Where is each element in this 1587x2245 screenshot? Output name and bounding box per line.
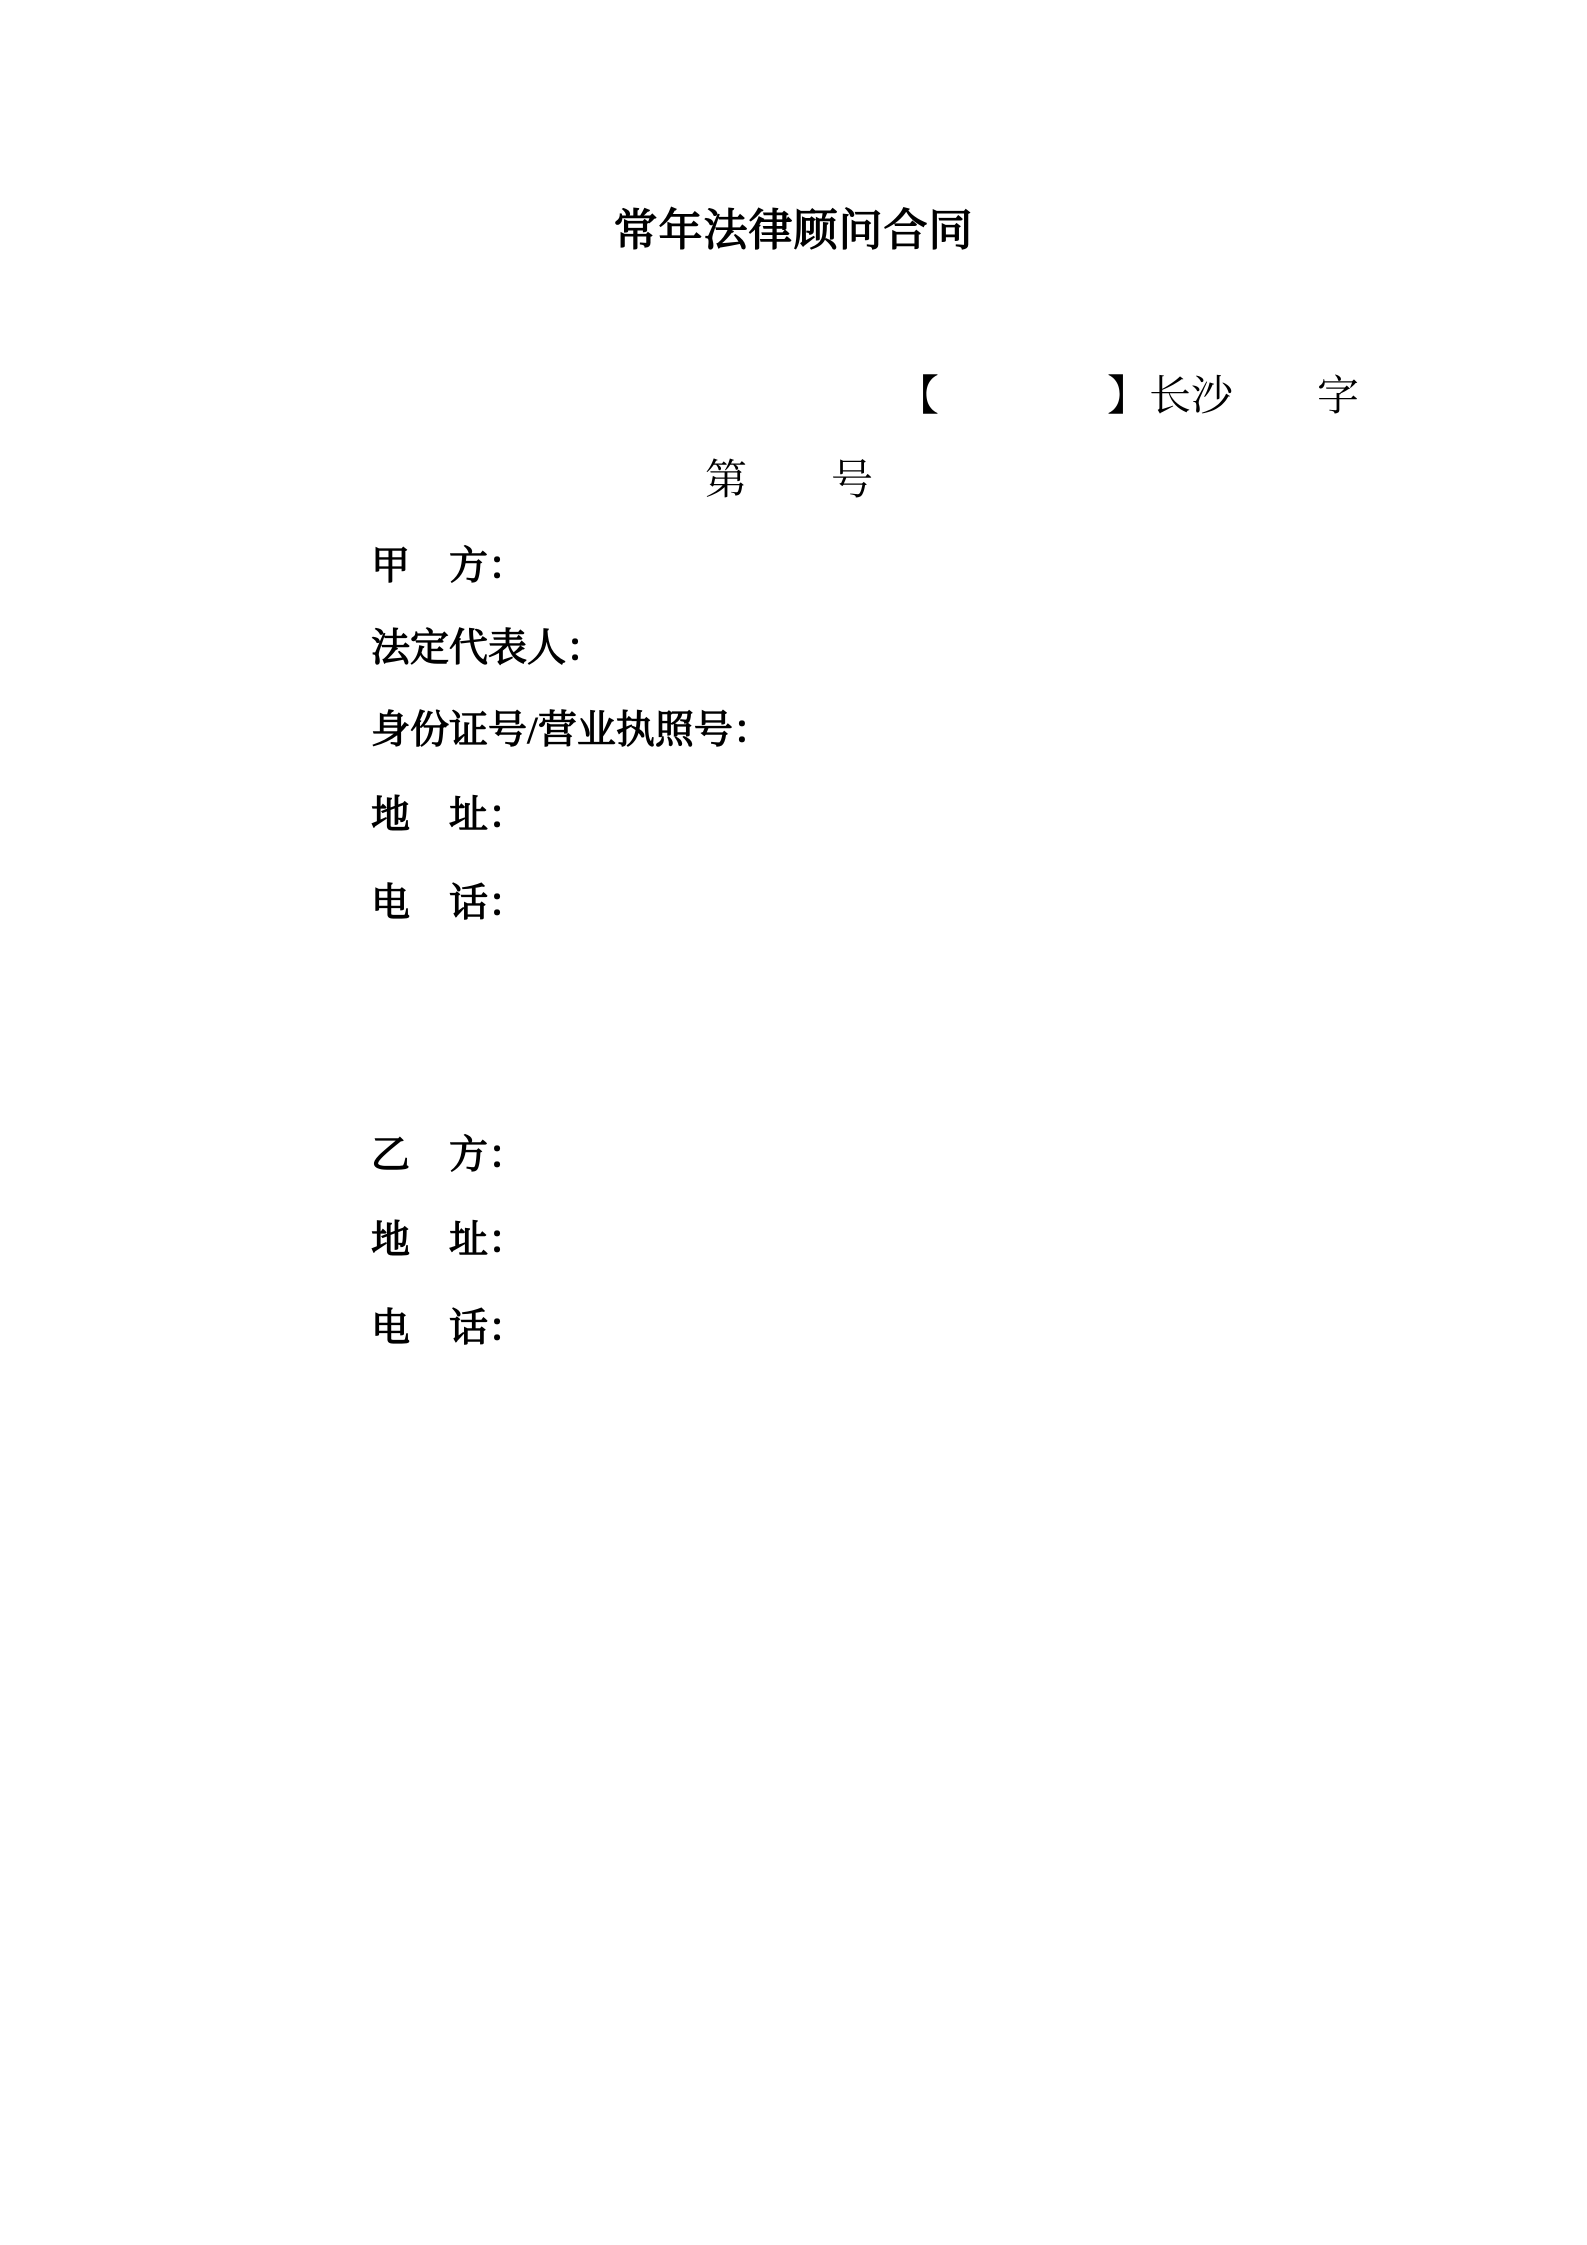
party-b-address-label: 地 址： (371, 1221, 527, 1260)
party-a-name-label: 甲 方： (371, 547, 527, 586)
contract-ref-number-line: 【 】长沙 字 (897, 376, 1359, 418)
party-a-legal-representative-label: 法定代表人： (371, 629, 605, 668)
party-b-phone-label: 电 话： (371, 1309, 527, 1348)
party-a-phone-label: 电 话： (371, 884, 527, 923)
contract-ref-number-line-2: 第 号 (705, 460, 873, 502)
document-title: 常年法律顾问合同 (0, 209, 1587, 253)
party-a-address-label: 地 址： (371, 796, 527, 835)
party-a-id-or-license-label: 身份证号/营业执照号： (371, 711, 772, 750)
contract-page: 常年法律顾问合同 【 】长沙 字 第 号 甲 方： 法定代表人： 身份证号/营业… (0, 0, 1587, 2245)
party-b-name-label: 乙 方： (371, 1136, 527, 1175)
